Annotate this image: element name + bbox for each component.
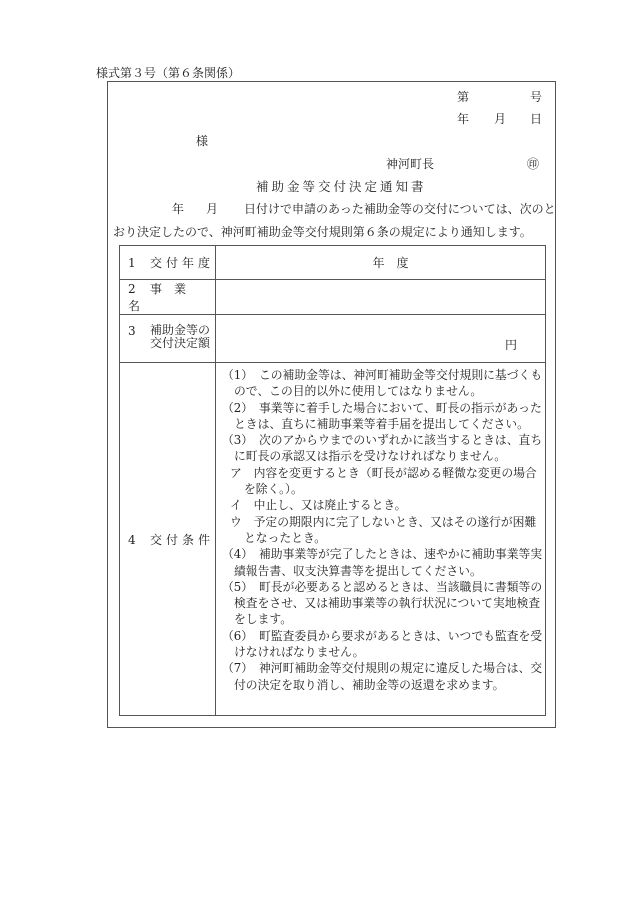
body-year: 年 — [172, 200, 184, 217]
condition-line: けなければなりません。 — [222, 644, 539, 660]
condition-line: をします。 — [222, 611, 539, 627]
fiscal-year-value[interactable]: 年 度 — [216, 246, 546, 280]
condition-line: （2） 事業等に着手した場合において、町長の指示があった — [222, 400, 539, 416]
row-number: 4 — [128, 533, 150, 547]
grant-amount-value[interactable]: 円 — [216, 315, 546, 363]
condition-line: ので、この目的以外に使用してはなりません。 — [222, 383, 539, 399]
condition-line: （3） 次のアからウまでのいずれかに該当するときは、直ち — [222, 432, 539, 448]
body-month: 月 — [206, 200, 218, 217]
row-number: 3 — [128, 324, 150, 338]
table-row-fiscal-year: 1交付年度 年 度 — [120, 246, 546, 280]
date-month: 月 — [494, 110, 506, 127]
grant-amount-label: 3補助金等の交付決定額 — [120, 315, 216, 363]
row-number: 2 — [128, 282, 150, 296]
seal-mark: ㊞ — [527, 155, 539, 172]
number-suffix: 号 — [530, 88, 542, 105]
yen-unit: 円 — [505, 338, 517, 352]
condition-line: （1） この補助金等は、神河町補助金等交付規則に基づくも — [222, 367, 539, 383]
table-row-conditions: 4交付条件 （1） この補助金等は、神河町補助金等交付規則に基づくも ので、この… — [120, 363, 546, 716]
condition-line: 付の決定を取り消し、補助金等の返還を求めます。 — [222, 677, 539, 693]
fiscal-year-label: 1交付年度 — [120, 246, 216, 280]
condition-line: 績報告書、収支決算書等を提出してください。 — [222, 563, 539, 579]
condition-line: を除く。）。 — [222, 481, 539, 497]
condition-line: ア 内容を変更するとき（町長が認める軽微な変更の場合 — [222, 465, 539, 481]
document-title: 補助金等交付決定通知書 — [256, 177, 427, 195]
body-line-2: おり決定したので、神河町補助金等交付規則第６条の規定により通知します。 — [113, 223, 532, 240]
date-day: 日 — [530, 110, 542, 127]
condition-line: となったとき。 — [222, 530, 539, 546]
table-row-project-name: 2事業名 — [120, 280, 546, 315]
addressee-suffix: 様 — [196, 132, 208, 149]
condition-line: （7） 神河町補助金等交付規則の規定に違反した場合は、交 — [222, 660, 539, 676]
issuer-name: 神河町長 — [386, 155, 434, 172]
condition-line: （4） 補助事業等が完了したときは、速やかに補助事業等実 — [222, 546, 539, 562]
row-label: 交付年度 — [150, 256, 214, 270]
condition-line: イ 中止し、又は廃止するとき。 — [222, 497, 539, 513]
conditions-label: 4交付条件 — [120, 363, 216, 716]
number-prefix: 第 — [457, 88, 469, 105]
condition-line: ときは、直ちに補助事業等着手届を提出してください。 — [222, 416, 539, 432]
row-label: 交付条件 — [150, 533, 214, 547]
body-line-1: 日付けで申請のあった補助金等の交付については、次のと — [244, 200, 556, 217]
conditions-value: （1） この補助金等は、神河町補助金等交付規則に基づくも ので、この目的以外に使… — [216, 363, 546, 716]
condition-line: に町長の承認又は指示を受けなければなりません。 — [222, 448, 539, 464]
date-year: 年 — [457, 110, 469, 127]
table-row-grant-amount: 3補助金等の交付決定額 円 — [120, 315, 546, 363]
row-label-line-2: 交付決定額 — [150, 336, 210, 350]
condition-line: （5） 町長が必要あると認めるときは、当該職員に書類等の — [222, 579, 539, 595]
project-name-value[interactable] — [216, 280, 546, 315]
row-label-line-1: 補助金等の — [150, 323, 210, 337]
details-table: 1交付年度 年 度 2事業名 3補助金等の交付決定額 円 4交付条件 （1） こ… — [119, 245, 546, 716]
project-name-label: 2事業名 — [120, 280, 216, 315]
condition-line: （6） 町監査委員から要求があるときは、いつでも監査を受 — [222, 628, 539, 644]
form-number: 様式第３号（第６条関係） — [96, 64, 240, 81]
condition-line: ウ 予定の期限内に完了しないとき、又はその遂行が困難 — [222, 514, 539, 530]
condition-line: 検査をさせ、又は補助事業等の執行状況について実地検査 — [222, 595, 539, 611]
row-number: 1 — [128, 256, 150, 270]
